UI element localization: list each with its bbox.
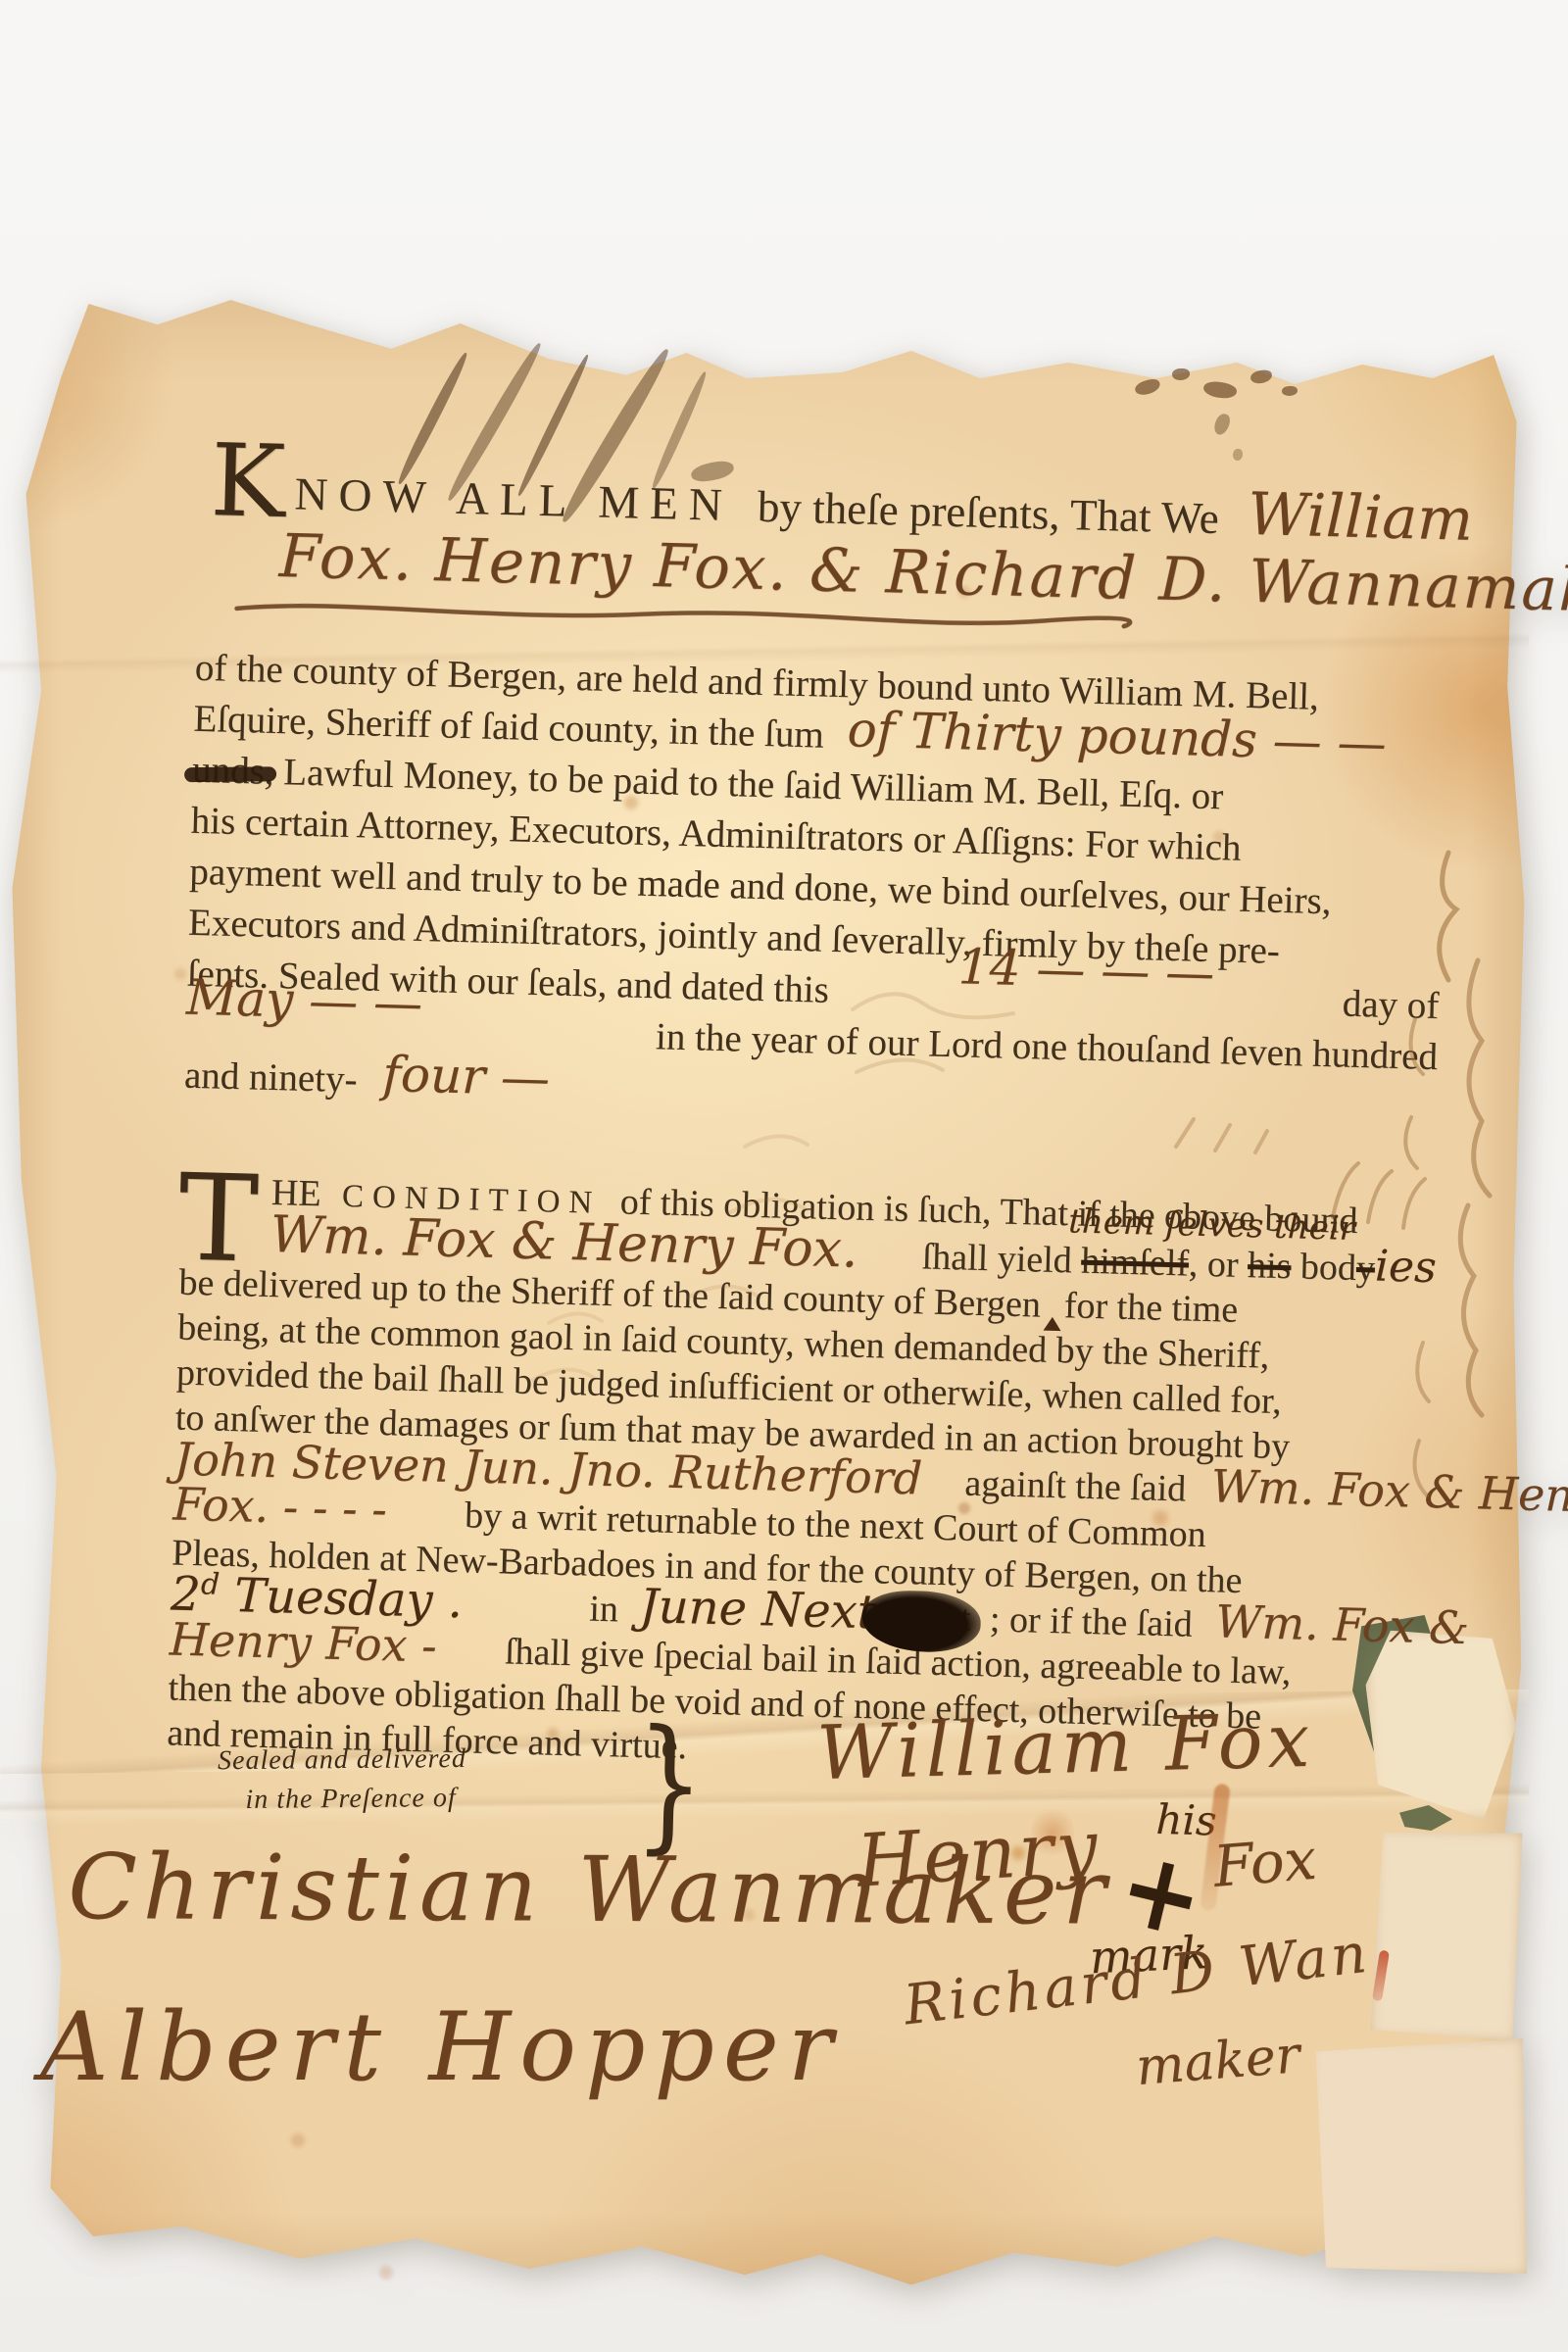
document-photo: K NOW ALL MEN by theſe preſents, That We… (0, 284, 1529, 2303)
photo-background: K NOW ALL MEN by theſe preſents, That We… (0, 0, 1568, 2352)
pen-trial-scribbles (0, 284, 1529, 2303)
